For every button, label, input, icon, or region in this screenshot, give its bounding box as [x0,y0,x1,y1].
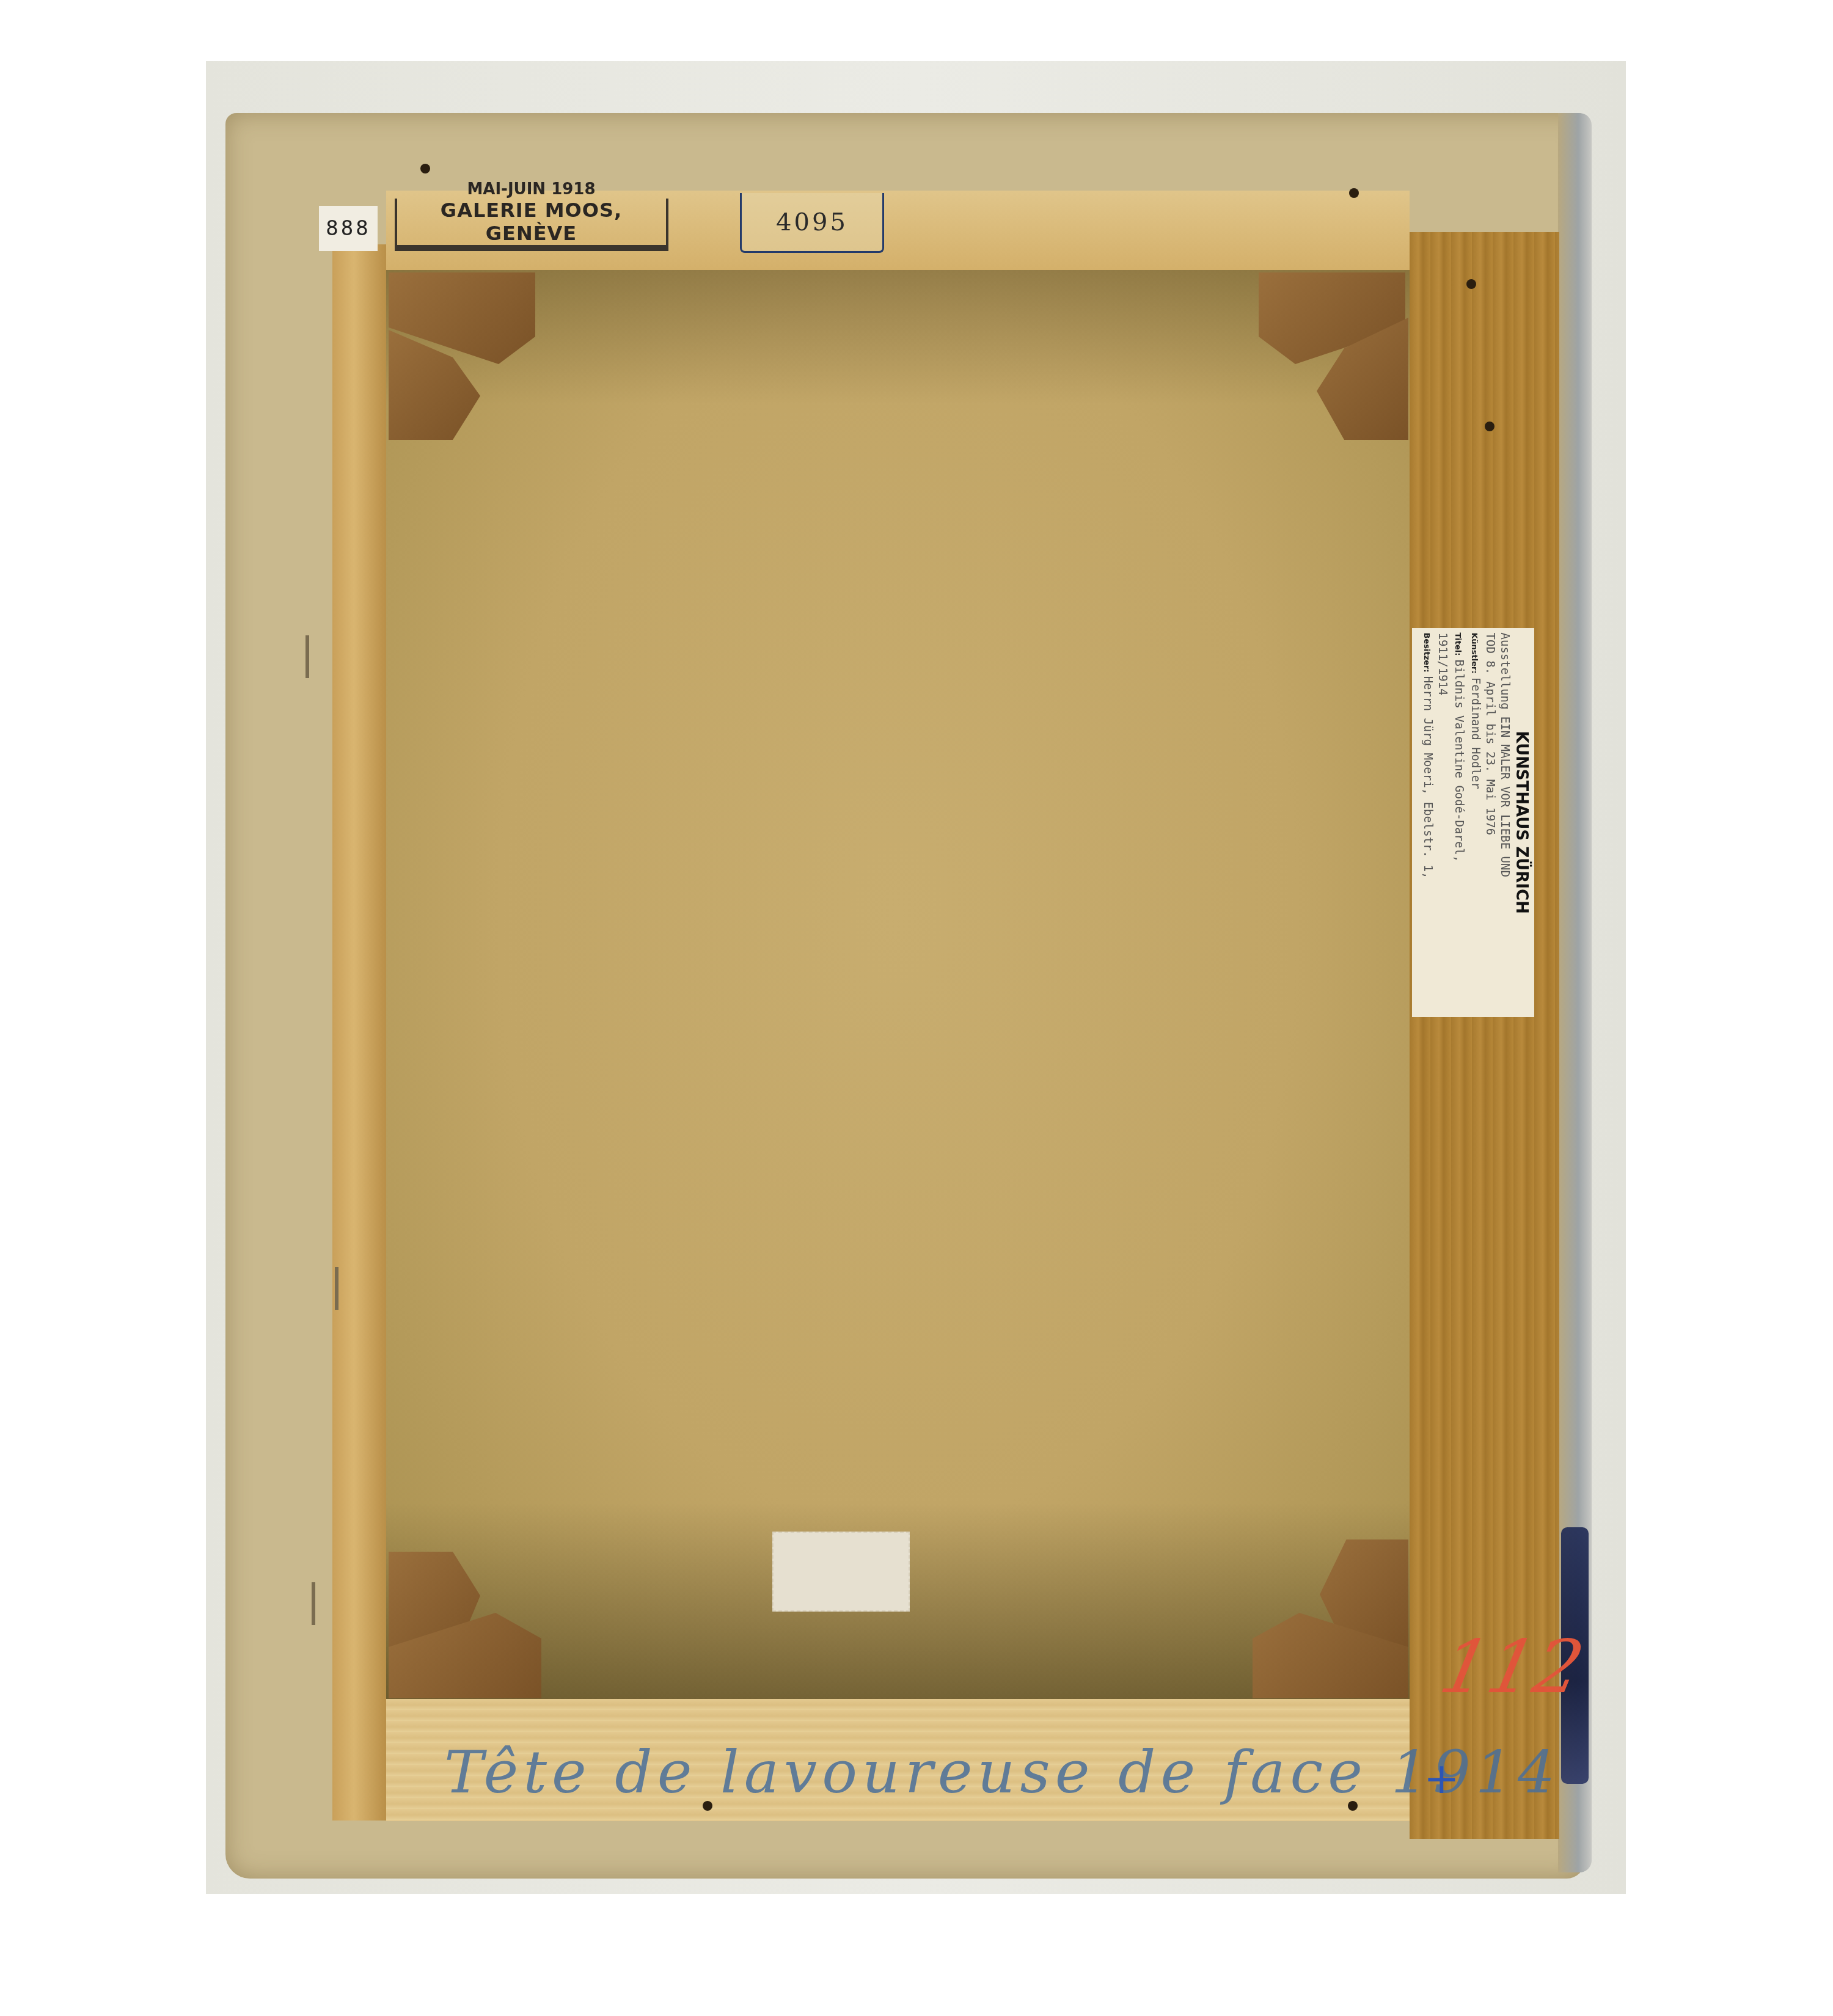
canvas-shadow-top [386,270,1410,404]
nail-hole [1348,1801,1358,1811]
label-years-row: 1911/1914 [1435,628,1450,1017]
label-artist-row: Künstler:Ferdinand Hodler [1466,628,1483,1017]
nail-hole [420,164,430,173]
gallery-stamp: MAI-JUIN 1918 GALERIE MOOS, GENÈVE [393,180,670,251]
work-title-value: Bildnis Valentine Godé-Darel, [1452,660,1466,863]
nail-hole [1466,279,1476,289]
canvas-back [386,270,1410,1699]
artist-value: Ferdinand Hodler [1469,677,1482,789]
nail-hole [703,1801,712,1811]
nail-hole [1349,188,1359,198]
stretcher-left-bar [332,244,386,1821]
staple [312,1582,315,1625]
red-crayon-number: 112 [1433,1625,1591,1710]
title-field-label: Titel: [1453,633,1462,656]
artist-field-label: Künstler: [1469,633,1479,674]
stamp-dates: MAI-JUIN 1918 [393,180,670,199]
handwritten-inscription: Tête de lavoureuse de face 1914 [444,1738,1403,1806]
owner-field-label: Besitzer: [1422,633,1431,673]
stretcher-right-bar [1410,232,1559,1839]
kunsthaus-exhibition-label: KUNSTHAUS ZÜRICH Ausstellung EIN MALER V… [1412,628,1534,1017]
catalog-number-label: 4095 [740,193,884,253]
stamp-gallery-name: GALERIE MOOS, GENÈVE [395,199,668,251]
staple [335,1267,338,1310]
label-title-row: Titel:Bildnis Valentine Godé-Darel, [1450,628,1466,1017]
staple [305,635,309,678]
label-dates: TOD 8. April bis 23. Mai 1976 [1483,628,1498,1017]
canvas-repair-patch [772,1532,910,1612]
label-title: KUNSTHAUS ZÜRICH [1512,628,1531,1017]
blue-cross-mark: + [1424,1753,1460,1803]
nail-hole [1485,422,1495,431]
label-owner-row: Besitzer:Herrn Jürg Moeri, Ebelstr. 1, [1419,628,1435,1017]
inventory-number-label: 888 [319,206,378,251]
label-exhibition: Ausstellung EIN MALER VOR LIEBE UND [1498,628,1512,1017]
owner-value: Herrn Jürg Moeri, Ebelstr. 1, [1421,676,1435,879]
